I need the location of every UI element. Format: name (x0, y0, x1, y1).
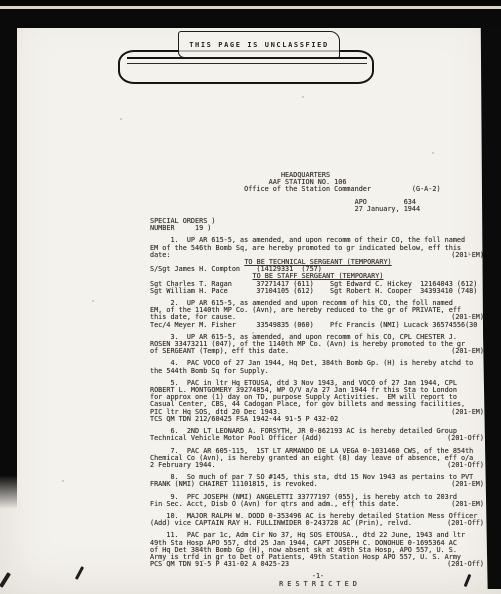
document-body: HEADQUARTERS AAF STATION NO. 106 Office … (150, 172, 486, 588)
text-line: R E S T R I C T E D (150, 581, 486, 588)
line-text: Fin Sec. Acct, Disb O (Avn) for qtrs and… (150, 500, 400, 508)
scan-speck (468, 252, 470, 254)
ink-mark (75, 566, 84, 580)
scan-speck (302, 96, 304, 98)
scan-speck (252, 332, 254, 334)
line-text: Sgt William H. Pace 37104105 (612) Sgt R… (150, 287, 477, 295)
text-line: 27 January, 1944 (150, 206, 486, 213)
text-line: the 544th Bomb Sq for Supply. (150, 368, 486, 375)
line-text: of SERGEANT (Temp), eff this date. (150, 347, 289, 355)
scan-border-left (0, 27, 17, 509)
line-reference-code: (201-EM) (451, 348, 484, 355)
line-text: FRANK (NMI) CHAIRET 11101815, is revoked… (150, 480, 318, 488)
text-line: Sgt William H. Pace 37104105 (612) Sgt R… (150, 288, 486, 295)
line-text: the 544th Bomb Sq for Supply. (150, 367, 269, 375)
scan-speck (62, 480, 64, 482)
line-reference-code: (201-Off) (447, 435, 484, 442)
line-text: 2 February 1944. (150, 461, 215, 469)
line-reference-code: (201-EM) (451, 409, 484, 416)
text-line: FRANK (NMI) CHAIRET 11101815, is revoked… (150, 481, 486, 488)
line-text: date: (150, 251, 170, 259)
line-text: EM of the 546th Bomb Sq, are hereby prom… (150, 244, 461, 252)
line-text: NUMBER 19 ) (150, 224, 211, 232)
line-text: 27 January, 1944 (150, 205, 420, 213)
text-line: NUMBER 19 ) (150, 225, 486, 232)
scan-speck (440, 430, 442, 432)
line-text: TCS QM TDN 212/60425 FSA 1942-44 91-5 P … (150, 415, 338, 423)
text-line: Fin Sec. Acct, Disb O (Avn) for qtrs and… (150, 501, 486, 508)
line-reference-code: (201-EM) (451, 481, 484, 488)
line-text: Technical Vehicle Motor Pool Officer (Ad… (150, 434, 322, 442)
text-line: Tec/4 Meyer M. Fisher 33549835 (060) Pfc… (150, 322, 486, 329)
text-line: PCS QM TDN 91-5 P 431-02 A 0425-23(201-O… (150, 561, 486, 568)
line-reference-code: (201-Off) (447, 462, 484, 469)
line-text: R E S T R I C T E D (279, 580, 357, 588)
text-line: Office of the Station Commander (G-A-2) (150, 186, 486, 193)
scan-speck (352, 506, 354, 508)
stamp-text-box: THIS PAGE IS UNCLASSFIED (178, 31, 340, 58)
scan-speck (432, 152, 434, 154)
text-line: TCS QM TDN 212/60425 FSA 1942-44 91-5 P … (150, 416, 486, 423)
text-line: (Add) vice CAPTAIN RAY H. FULLINWIDER 0-… (150, 520, 486, 527)
line-text: PCS QM TDN 91-5 P 431-02 A 0425-23 (150, 560, 289, 568)
line-reference-code: (201-Off) (447, 561, 484, 568)
text-line: of SERGEANT (Temp), eff this date.(201-E… (150, 348, 486, 355)
scan-speck (120, 118, 122, 120)
line-reference-code: (201-EM) (451, 501, 484, 508)
scan-border-top (0, 0, 501, 28)
ink-mark (0, 572, 11, 588)
scanned-document-page: THIS PAGE IS UNCLASSFIED HEADQUARTERS AA… (0, 0, 501, 594)
scan-speck (92, 300, 94, 302)
text-line: Technical Vehicle Motor Pool Officer (Ad… (150, 435, 486, 442)
line-reference-code: (201-Off) (447, 520, 484, 527)
line-text: (Add) vice CAPTAIN RAY H. FULLINWIDER 0-… (150, 519, 412, 527)
line-text: Office of the Station Commander (G-A-2) (150, 185, 441, 193)
stamp-text: THIS PAGE IS UNCLASSFIED (189, 41, 329, 49)
scan-speck (202, 560, 204, 562)
stamp-double-line (127, 57, 367, 64)
text-line: 2 February 1944.(201-Off) (150, 462, 486, 469)
text-line: EM of the 546th Bomb Sq, are hereby prom… (150, 245, 486, 252)
unclassified-stamp: THIS PAGE IS UNCLASSFIED (118, 29, 376, 83)
line-text: Tec/4 Meyer M. Fisher 33549835 (060) Pfc… (150, 321, 477, 329)
